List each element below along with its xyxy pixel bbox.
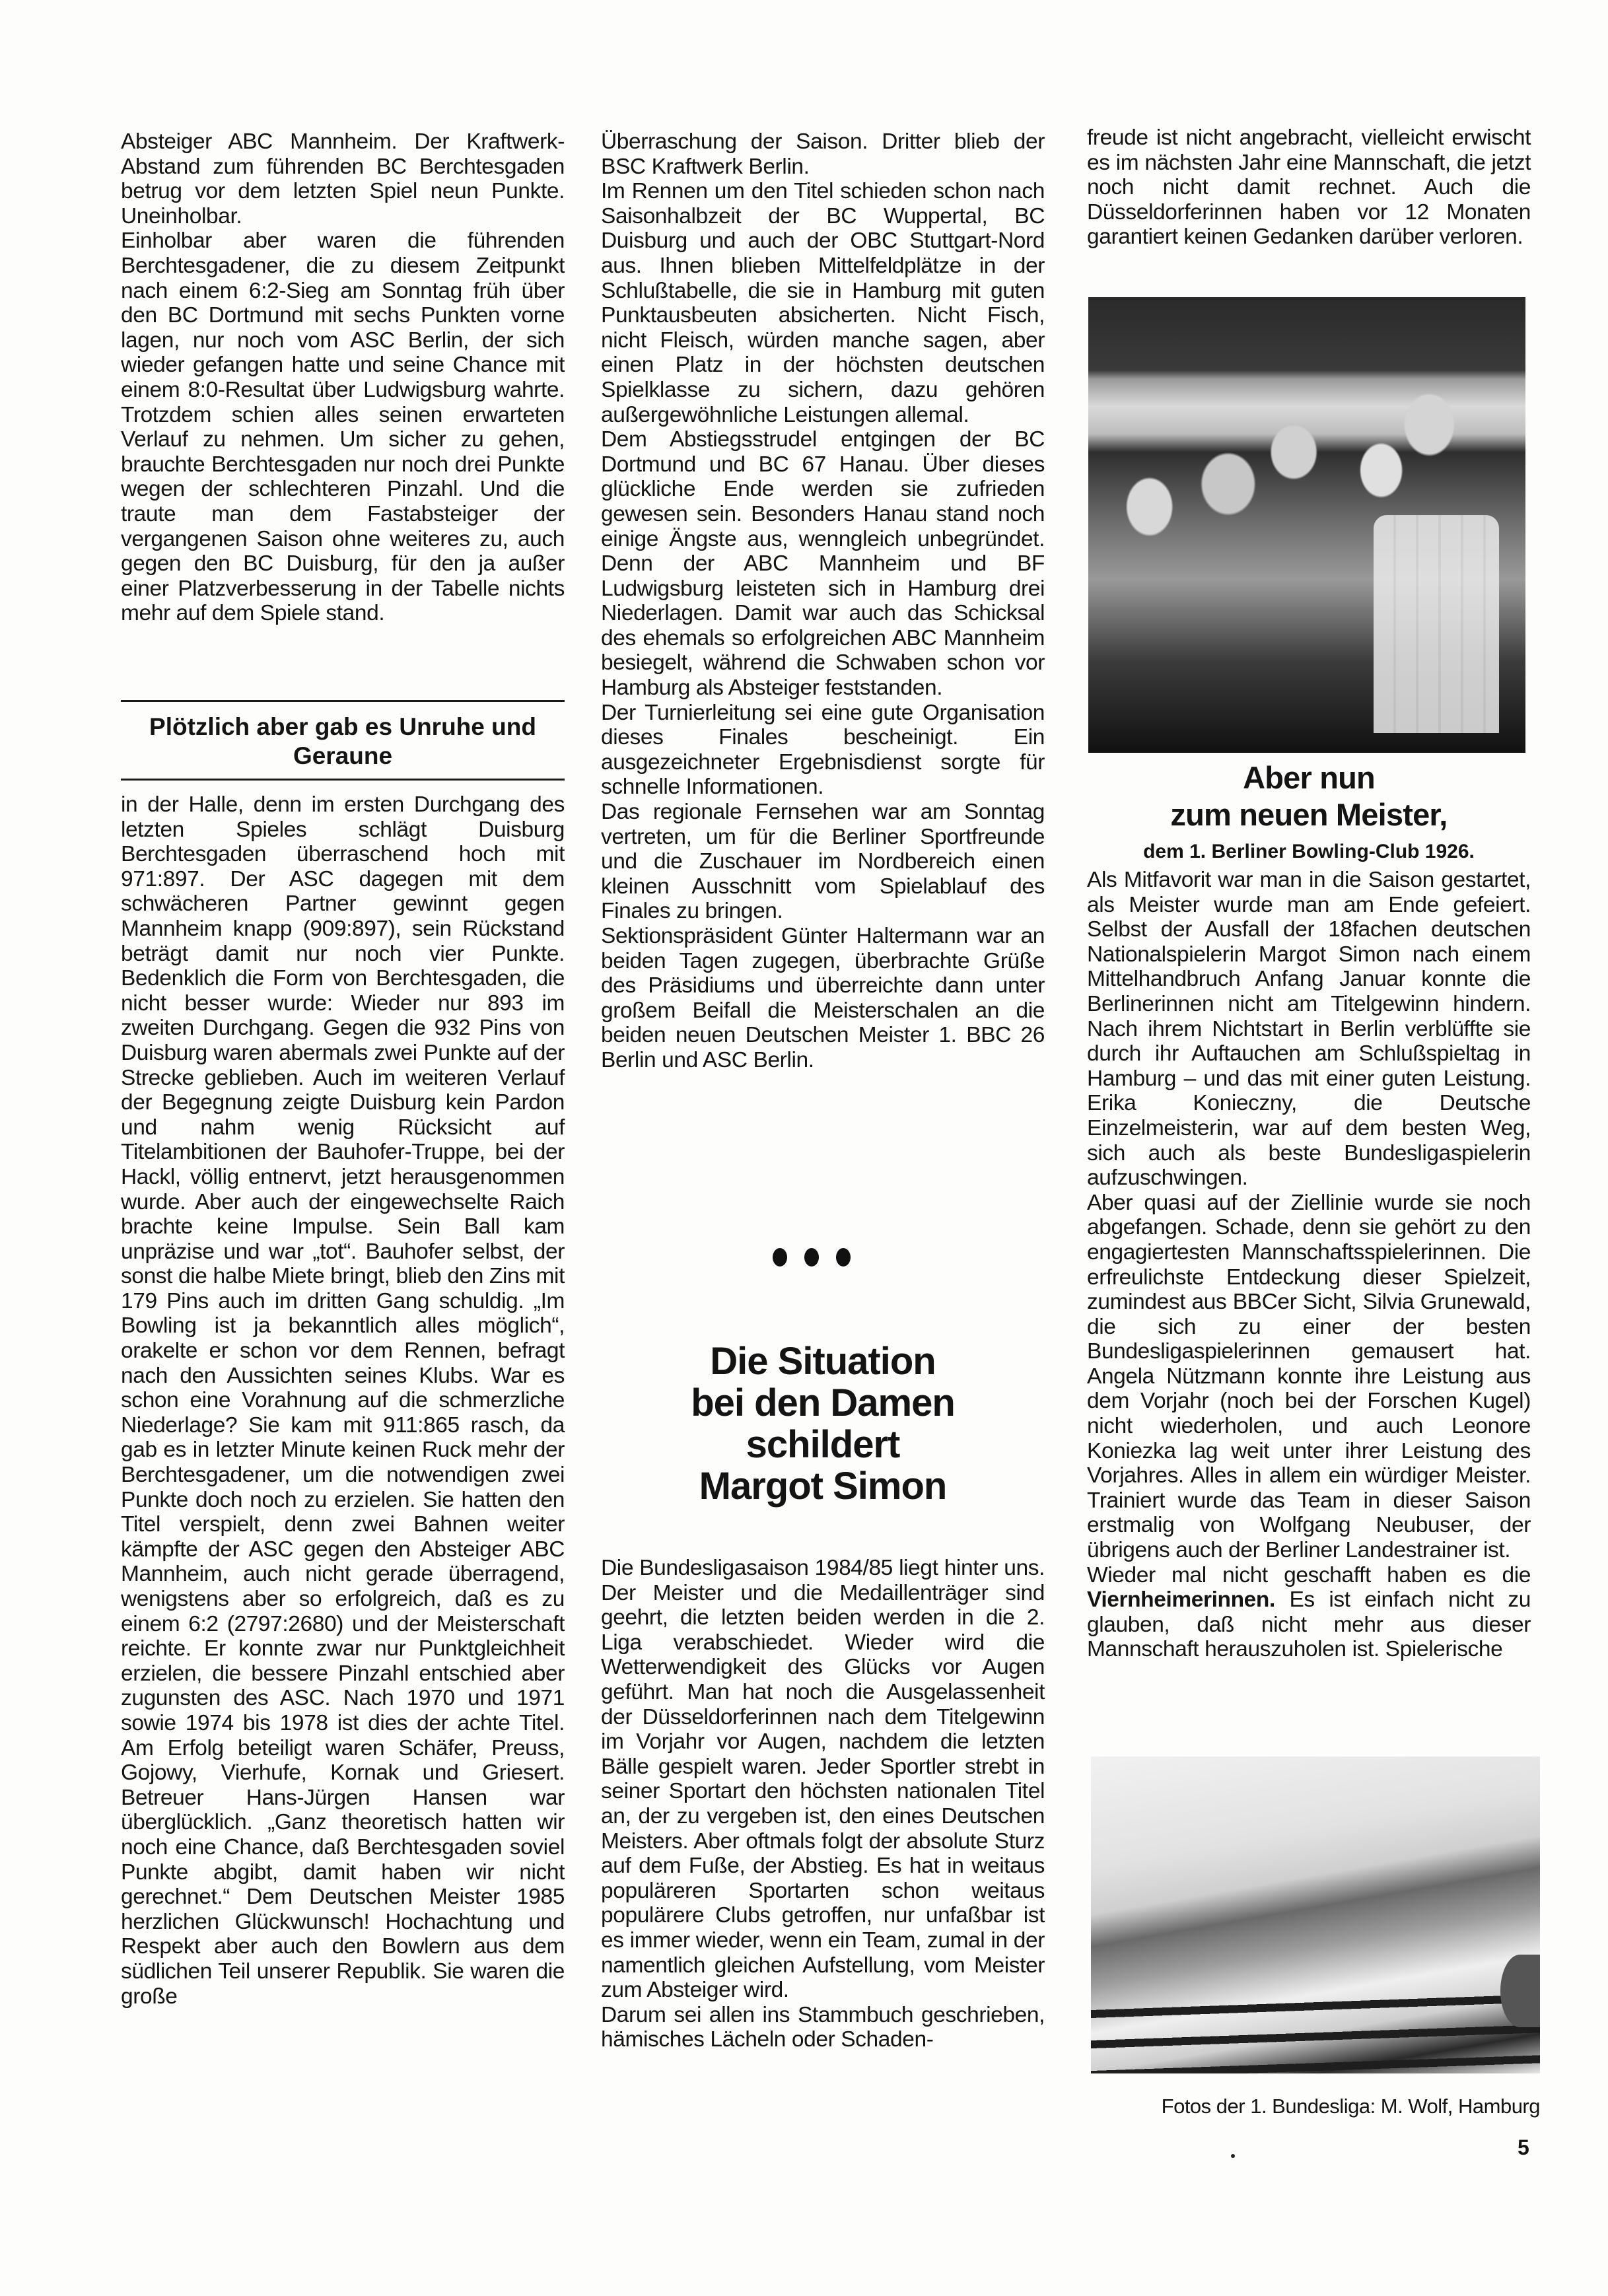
page-number: 5: [1518, 2136, 1529, 2160]
paragraph: Wieder mal nicht geschafft haben es die …: [1087, 1563, 1531, 1662]
section-subheading: Plötzlich aber gab es Unruhe und Geraune: [121, 700, 565, 781]
article-subheadline: dem 1. Berliner Bowling-Club 1926.: [1087, 840, 1531, 864]
paragraph: Überraschung der Saison. Dritter blieb d…: [601, 129, 1045, 179]
paragraph: freude ist nicht angebracht, vielleicht …: [1087, 125, 1531, 250]
paragraph: Im Rennen um den Titel schieden schon na…: [601, 179, 1045, 427]
article-headline-damen: Die Situation bei den Damen schildert Ma…: [601, 1340, 1045, 1507]
magazine-page: Absteiger ABC Mannheim. Der Kraftwerk-Ab…: [0, 0, 1608, 2296]
bullet-dot-icon: [773, 1248, 787, 1267]
article-headline-meister: Aber nun zum neuen Meister,: [1087, 759, 1531, 833]
paragraph: Dem Abstiegsstrudel entgingen der BC Dor…: [601, 427, 1045, 701]
photo-credit-caption: Fotos der 1. Bundesliga: M. Wolf, Hambur…: [1091, 2095, 1540, 2118]
paragraph: Aber quasi auf der Ziellinie wurde sie n…: [1087, 1191, 1531, 1563]
column-1-intro: Absteiger ABC Mannheim. Der Kraftwerk-Ab…: [121, 129, 565, 626]
bullet-dot-icon: [836, 1248, 851, 1267]
paragraph-lead: Wieder mal nicht geschafft haben es die: [1087, 1563, 1531, 1587]
paragraph: Die Bundesligasaison 1984/85 liegt hinte…: [601, 1556, 1045, 2003]
headline-line: Die Situation: [601, 1340, 1045, 1382]
paragraph: Als Mitfavorit war man in die Saison ges…: [1087, 868, 1531, 1191]
column-3-body: Als Mitfavorit war man in die Saison ges…: [1087, 868, 1531, 1662]
column-3-intro: freude ist nicht angebracht, vielleicht …: [1087, 125, 1531, 250]
column-2-body: Überraschung der Saison. Dritter blieb d…: [601, 129, 1045, 1073]
paragraph: in der Halle, denn im ersten Durchgang d…: [121, 792, 565, 2009]
paragraph: Einholbar aber waren die führenden Berch…: [121, 228, 565, 626]
bullet-dot-icon: [804, 1248, 819, 1267]
paragraph: Das regionale Fernsehen war am Sonntag v…: [601, 800, 1045, 924]
paragraph: Sektionspräsident Günter Haltermann war …: [601, 924, 1045, 1073]
headline-line: Aber nun: [1087, 759, 1531, 796]
print-speck: [1231, 2154, 1235, 2158]
paragraph: Darum sei allen ins Stammbuch geschriebe…: [601, 2003, 1045, 2052]
headline-line: schildert: [601, 1424, 1045, 1465]
headline-line: bei den Damen: [601, 1382, 1045, 1424]
bold-team-name: Viernheimerinnen.: [1087, 1587, 1275, 1612]
team-photo: [1088, 297, 1525, 753]
paragraph: Der Turnierleitung sei eine gute Organis…: [601, 701, 1045, 800]
headline-line: zum neuen Meister,: [1087, 796, 1531, 833]
section-separator-dots: [773, 1248, 851, 1267]
column-2-damen-body: Die Bundesligasaison 1984/85 liegt hinte…: [601, 1556, 1045, 2052]
column-1-body: in der Halle, denn im ersten Durchgang d…: [121, 792, 565, 2009]
paragraph: Absteiger ABC Mannheim. Der Kraftwerk-Ab…: [121, 129, 565, 228]
headline-line: Margot Simon: [601, 1465, 1045, 1507]
bowling-hall-photo: [1091, 1757, 1540, 2073]
